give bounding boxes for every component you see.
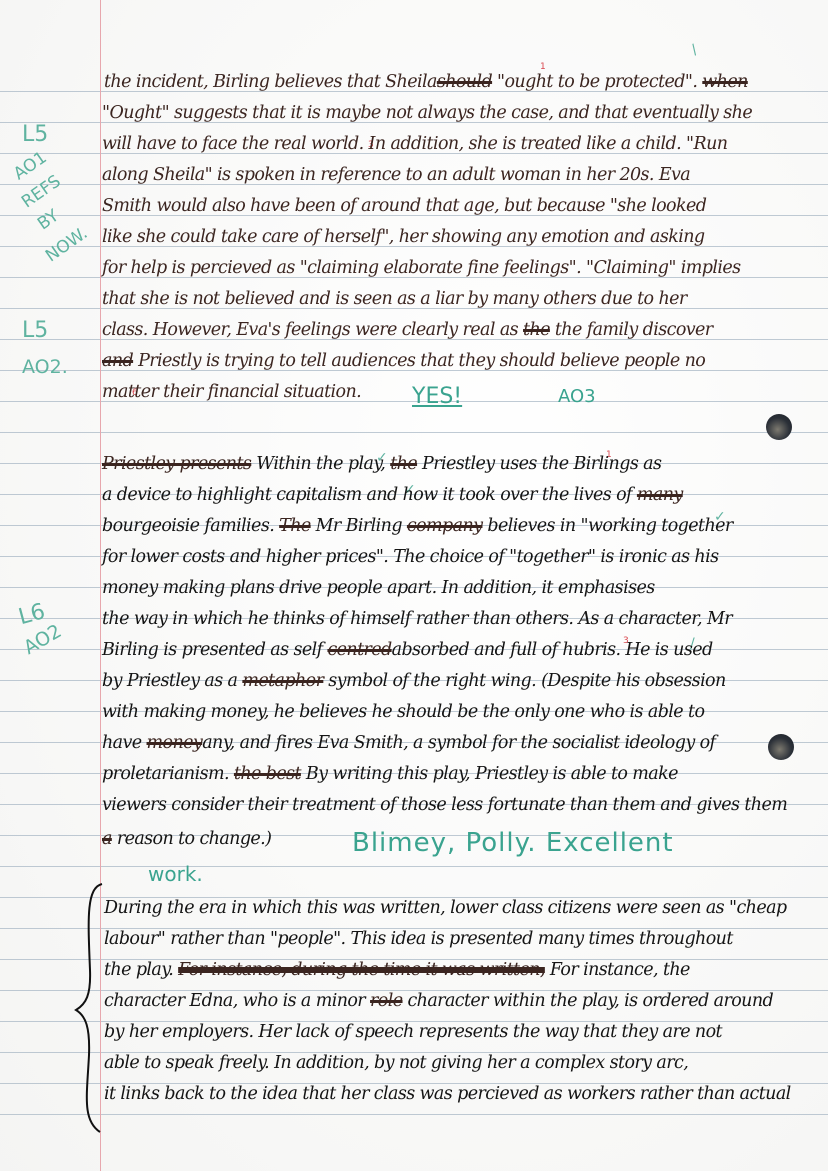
line-text: the family discover	[550, 320, 713, 340]
crossed-out-text: money	[147, 733, 203, 753]
essay-line: by Priestley as a metaphor symbol of the…	[102, 671, 726, 691]
ruled-line	[0, 1114, 828, 1115]
line-text: By writing this play, Priestley is able …	[301, 764, 678, 784]
line-text: Priestley uses the Birlings as	[417, 454, 661, 474]
line-text: absorbed and full of hubris. He is used	[392, 640, 713, 660]
essay-line: a reason to change.)	[102, 829, 271, 849]
margin-note-level: L5	[22, 318, 48, 343]
crossed-out-text: role	[370, 991, 402, 1011]
notebook-page: 1 3 6 1 3 / ✓ ✓ ✓ / the incident, Birlin…	[0, 0, 828, 1171]
essay-line: that she is not believed and is seen as …	[102, 289, 687, 309]
line-text: symbol of the right wing. (Despite his o…	[323, 671, 725, 691]
crossed-out-text: should	[437, 72, 492, 92]
crossed-out-text: For instance, during the time it was wri…	[178, 960, 545, 980]
line-text: reason to change.)	[117, 829, 272, 849]
line-text: the incident, Birling believes that Shei…	[104, 72, 437, 92]
essay-line: the play. For instance, during the time …	[104, 960, 690, 980]
essay-line: have moneyany, and fires Eva Smith, a sy…	[102, 733, 715, 753]
tick-mark: /	[688, 42, 700, 58]
essay-line: viewers consider their treatment of thos…	[102, 795, 787, 815]
punch-hole	[766, 414, 792, 440]
essay-line: labour" rather than "people". This idea …	[104, 929, 733, 949]
essay-line: along Sheila" is spoken in reference to …	[102, 165, 690, 185]
essay-line: money making plans drive people apart. I…	[102, 578, 655, 598]
red-mark: 1	[540, 62, 546, 72]
line-text: proletarianism.	[102, 764, 229, 784]
essay-line: for lower costs and higher prices". The …	[102, 547, 718, 567]
crossed-out-text: the best	[234, 764, 301, 784]
teacher-comment-praise: Blimey, Polly. Excellent	[352, 828, 674, 858]
essay-line: Priestley presents Within the play, the …	[102, 454, 661, 474]
punch-hole	[768, 734, 794, 760]
essay-line: "Ought" suggests that it is maybe not al…	[102, 103, 752, 123]
line-text: Priestly is trying to tell audiences tha…	[138, 351, 705, 371]
essay-line: Smith would also have been of around tha…	[102, 196, 706, 216]
crossed-out-text: the	[523, 320, 550, 340]
essay-line: a device to highlight capitalism and how…	[102, 485, 683, 505]
line-text: believes in "working together	[482, 516, 732, 536]
line-text: Birling is presented as self	[102, 640, 322, 660]
essay-line: it links back to the idea that her class…	[104, 1084, 791, 1104]
crossed-out-text: many	[637, 485, 683, 505]
essay-line: like she could take care of herself", he…	[102, 227, 704, 247]
line-text: "ought to be protected".	[492, 72, 697, 92]
crossed-out-text: centred	[327, 640, 391, 660]
crossed-out-text: when	[702, 72, 747, 92]
crossed-out-text: Priestley presents	[102, 454, 251, 474]
essay-line: During the era in which this was written…	[104, 898, 787, 918]
line-text: have	[102, 733, 142, 753]
line-text: Within the play,	[256, 454, 385, 474]
essay-line: bourgeoisie families. The Mr Birling com…	[102, 516, 733, 536]
line-text: bourgeoisie families.	[102, 516, 274, 536]
ruled-line	[0, 866, 828, 867]
essay-line: with making money, he believes he should…	[102, 702, 704, 722]
crossed-out-text: a	[102, 829, 112, 849]
line-text: any, and fires Eva Smith, a symbol for t…	[202, 733, 715, 753]
crossed-out-text: company	[407, 516, 483, 536]
line-text: character Edna, who is a minor	[104, 991, 365, 1011]
essay-line: the incident, Birling believes that Shei…	[104, 72, 748, 92]
crossed-out-text: the	[390, 454, 417, 474]
line-text: the play.	[104, 960, 173, 980]
margin-note-ao2: AO2.	[22, 356, 68, 378]
essay-line: proletarianism. the best By writing this…	[102, 764, 678, 784]
crossed-out-text: and	[102, 351, 133, 371]
line-text: by Priestley as a	[102, 671, 237, 691]
essay-line: Birling is presented as self centredabso…	[102, 640, 713, 660]
essay-line: by her employers. Her lack of speech rep…	[104, 1022, 722, 1042]
essay-line: will have to face the real world. In add…	[102, 134, 727, 154]
essay-line: for help is percieved as "claiming elabo…	[102, 258, 740, 278]
curly-bracket-icon	[72, 880, 108, 1135]
essay-line: and Priestly is trying to tell audiences…	[102, 351, 705, 371]
essay-line: matter their financial situation.	[102, 382, 361, 402]
ruled-line	[0, 432, 828, 433]
line-text: class. However, Eva's feelings were clea…	[102, 320, 518, 340]
essay-line: class. However, Eva's feelings were clea…	[102, 320, 713, 340]
crossed-out-text: metaphor	[242, 671, 323, 691]
line-text: Mr Birling	[311, 516, 407, 536]
line-text: character within the play, is ordered ar…	[403, 991, 774, 1011]
line-text: a device to highlight capitalism and how…	[102, 485, 632, 505]
margin-note-by: BY	[34, 206, 63, 234]
teacher-comment-ao3: AO3	[558, 386, 596, 407]
teacher-comment-praise-2: work.	[148, 862, 203, 886]
essay-line: able to speak freely. In addition, by no…	[104, 1053, 688, 1073]
essay-line: character Edna, who is a minor role char…	[104, 991, 773, 1011]
margin-note-level: L5	[22, 122, 48, 147]
line-text: For instance, the	[545, 960, 690, 980]
teacher-comment-yes: YES!	[412, 384, 462, 409]
essay-line: the way in which he thinks of himself ra…	[102, 609, 732, 629]
crossed-out-text: The	[279, 516, 311, 536]
